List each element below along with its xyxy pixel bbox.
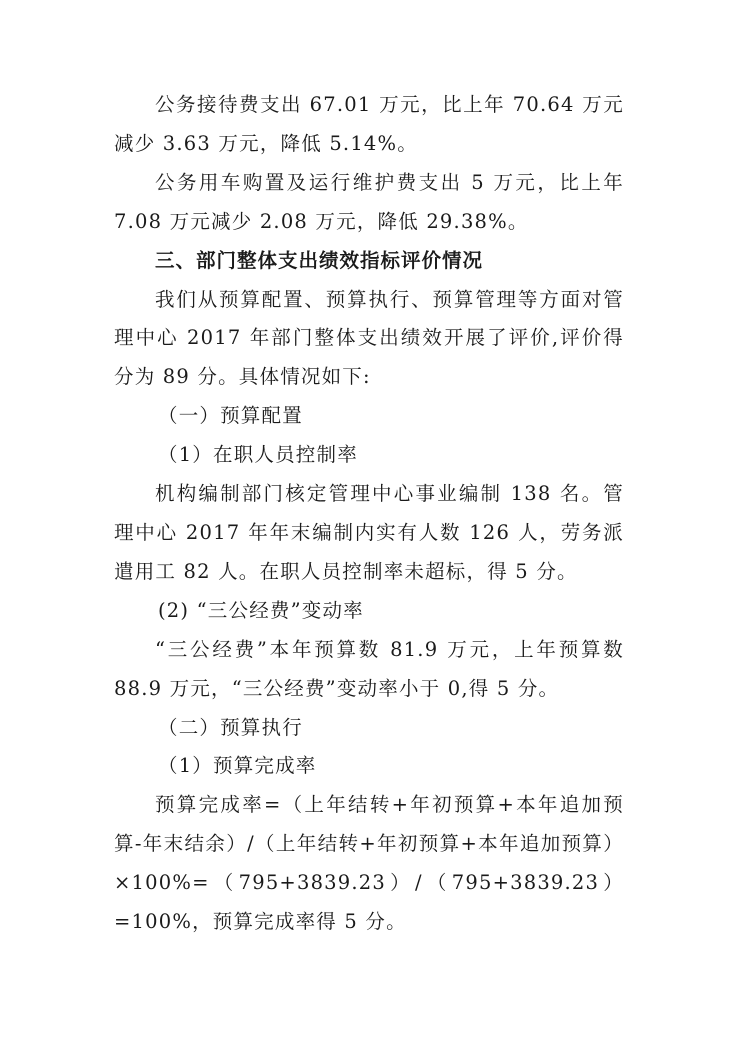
subheading-budget-completion-rate: （1）预算完成率: [114, 747, 624, 786]
document-page: 公务接待费支出 67.01 万元，比上年 70.64 万元减少 3.63 万元，…: [114, 86, 624, 942]
subheading-staff-control-rate: （1）在职人员控制率: [114, 436, 624, 475]
subheading-budget-allocation: （一）预算配置: [114, 397, 624, 436]
paragraph-vehicle-expense: 公务用车购置及运行维护费支出 5 万元，比上年 7.08 万元减少 2.08 万…: [114, 164, 624, 242]
subheading-three-public-change-rate: (2) “三公经费”变动率: [114, 592, 624, 631]
subheading-budget-execution: （二）预算执行: [114, 709, 624, 748]
section-heading-performance-evaluation: 三、部门整体支出绩效指标评价情况: [114, 242, 624, 281]
paragraph-evaluation-summary: 我们从预算配置、预算执行、预算管理等方面对管理中心 2017 年部门整体支出绩效…: [114, 281, 624, 398]
paragraph-budget-completion-rate: 预算完成率=（上年结转+年初预算+本年追加预算-年末结余）/（上年结转+年初预算…: [114, 786, 624, 942]
paragraph-staff-control-rate: 机构编制部门核定管理中心事业编制 138 名。管理中心 2017 年年末编制内实…: [114, 475, 624, 592]
paragraph-reception-expense: 公务接待费支出 67.01 万元，比上年 70.64 万元减少 3.63 万元，…: [114, 86, 624, 164]
paragraph-three-public-change-rate: “三公经费”本年预算数 81.9 万元，上年预算数 88.9 万元，“三公经费”…: [114, 631, 624, 709]
